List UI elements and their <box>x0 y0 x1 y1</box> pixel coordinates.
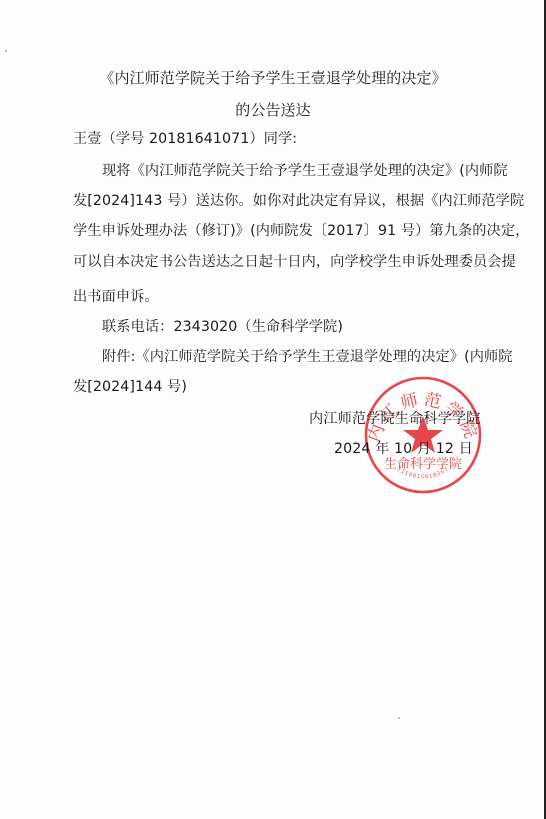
body-line-3: 学生申诉处理办法（修订)》(内师院发〔2017〕91 号）第九条的决定， <box>73 220 529 240</box>
attachment-line-1: 附件:《内江师范学院关于给予学生王壹退学处理的决定》(内师院 <box>102 346 513 366</box>
official-seal-icon: 内江师范学院 生命科学学院 5110015010367 <box>362 374 484 496</box>
attachment-line-2: 发[2024]144 号) <box>73 376 187 396</box>
contact-line: 联系电话：2343020（生命科学学院) <box>102 316 343 336</box>
signature-date: 2024 年 10 月 12 日 <box>334 438 473 458</box>
document-title: 《内江师范学院关于给予学生王壹退学处理的决定》 <box>0 67 546 88</box>
signature-org: 内江师范学院生命科学学院 <box>309 408 480 428</box>
document-subtitle: 的公告送达 <box>0 99 546 120</box>
body-line-2: 发[2024]143 号）送达你。如你对此决定有异议，根据《内江师范学院 <box>73 190 524 210</box>
body-line-4: 可以自本决定书公告送达之日起十日内，向学校学生申诉处理委员会提 <box>73 251 516 271</box>
scan-speck <box>5 50 7 52</box>
svg-text:生命科学学院: 生命科学学院 <box>384 456 462 472</box>
body-line-1: 现将《内江师范学院关于给予学生王壹退学处理的决定》(内师院 <box>102 160 508 180</box>
scan-speck <box>398 717 400 719</box>
body-line-5: 出书面申诉。 <box>73 286 159 306</box>
salutation: 王壹（学号 20181641071）同学: <box>73 128 297 148</box>
